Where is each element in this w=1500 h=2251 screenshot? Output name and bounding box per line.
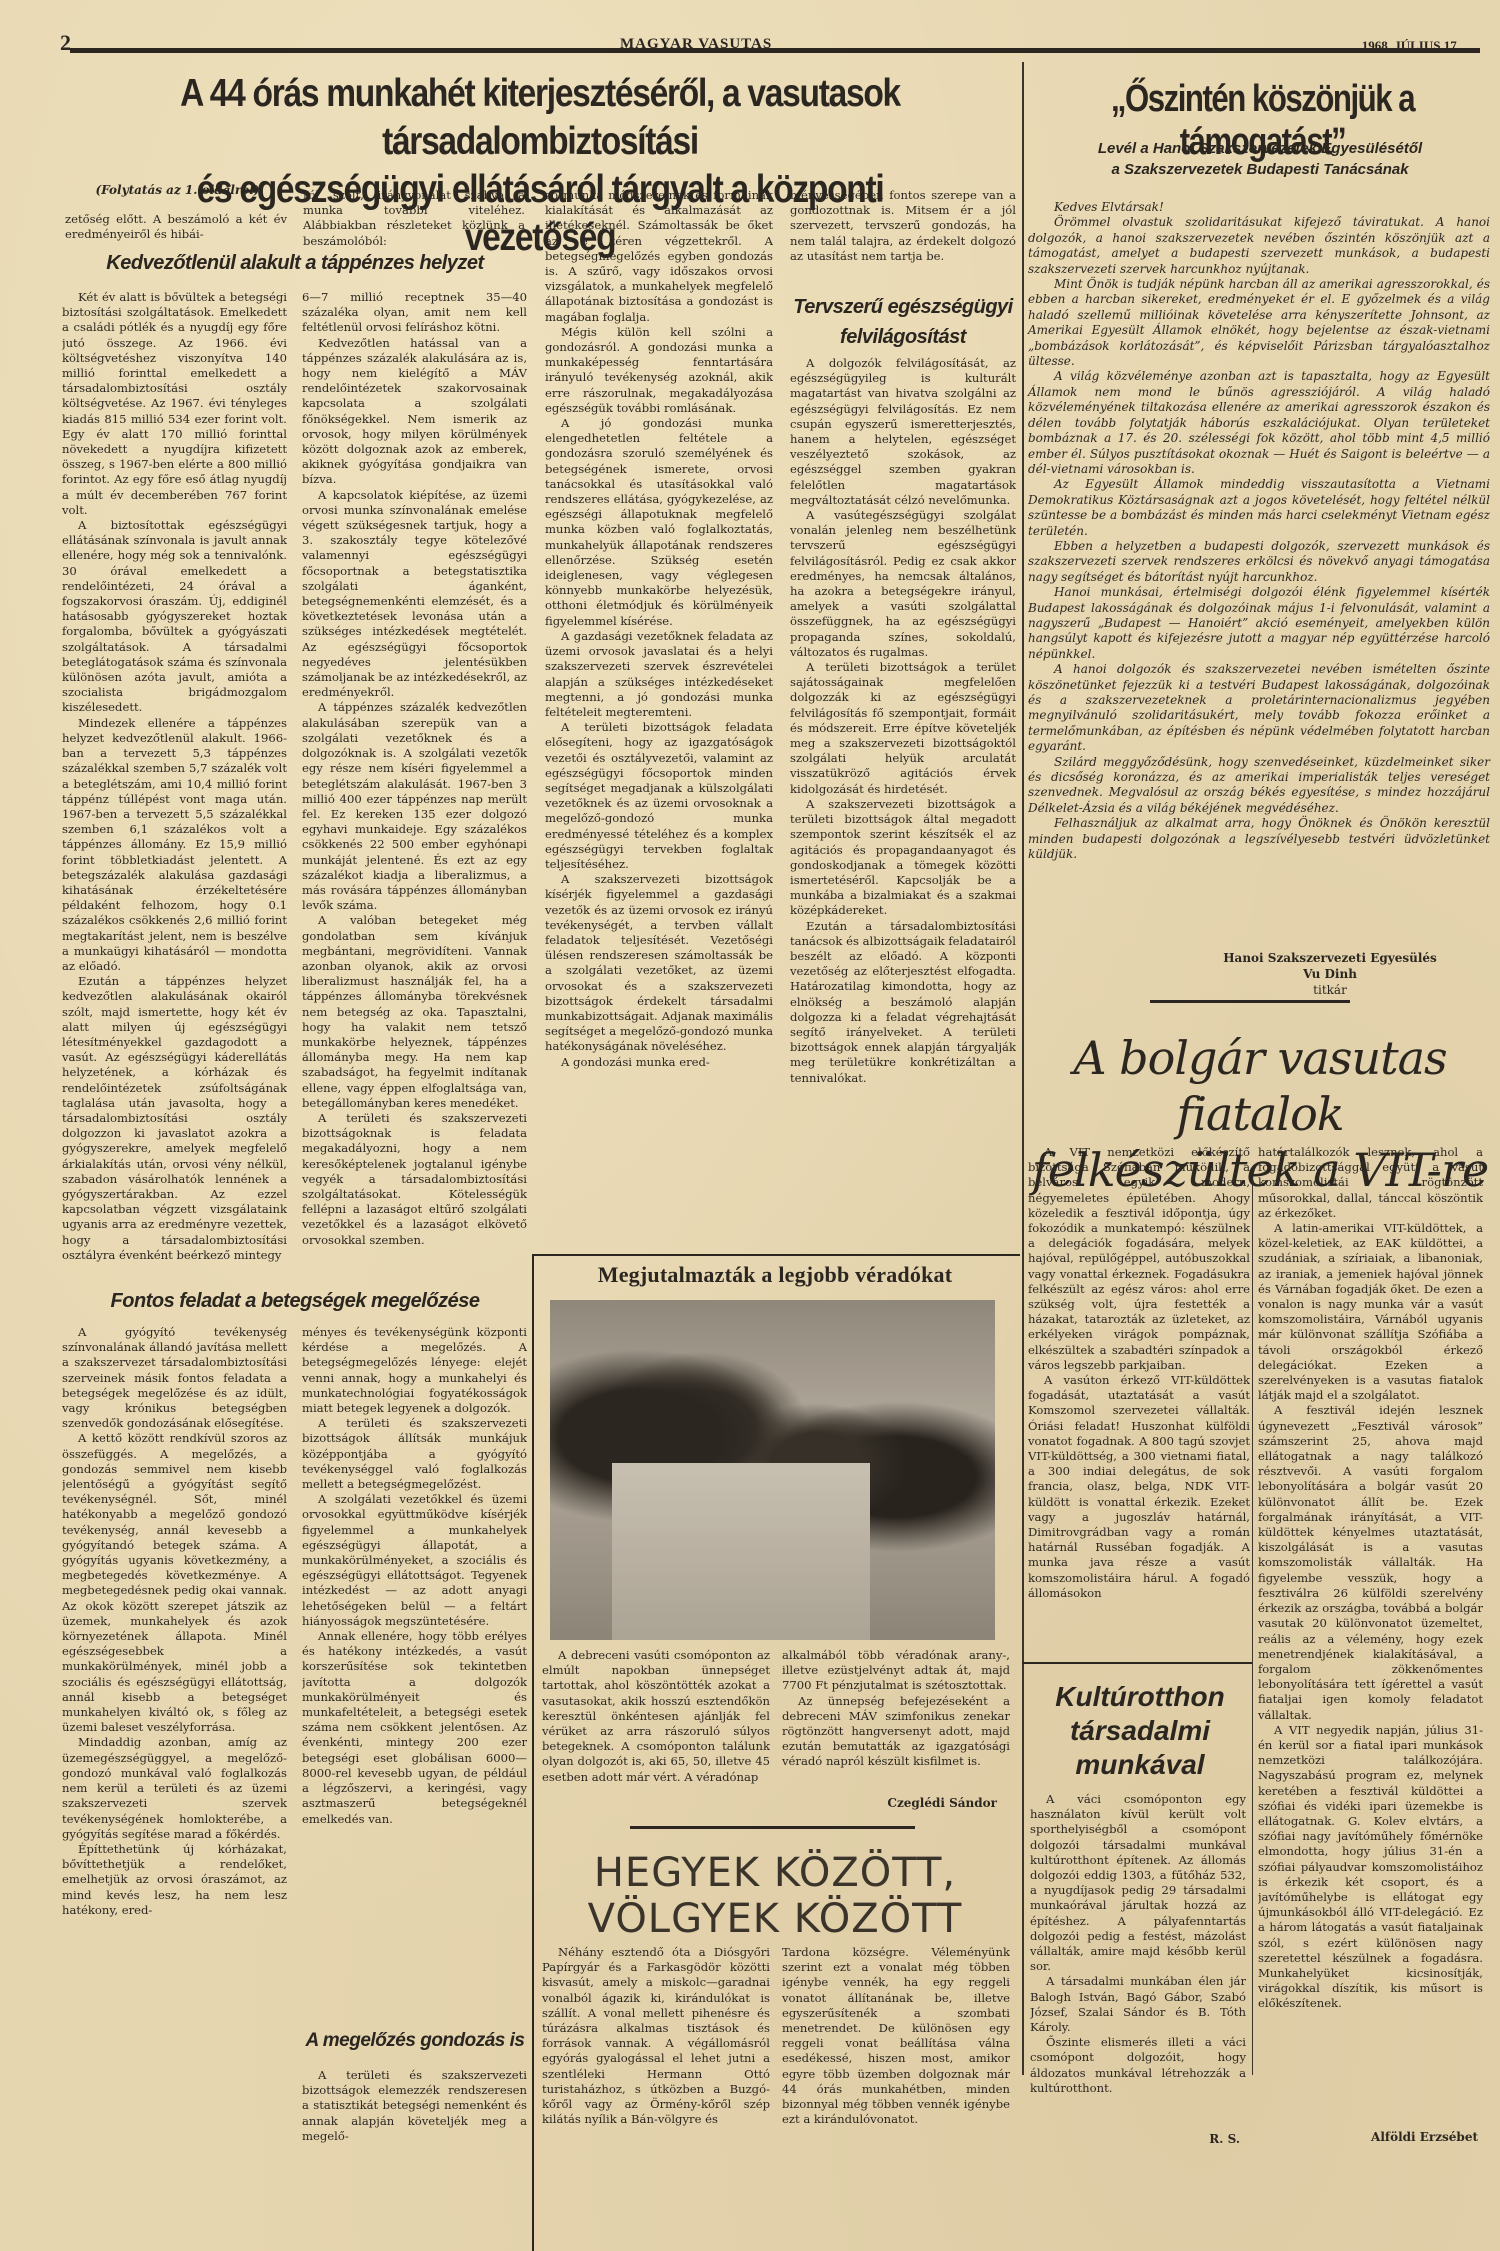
award-ceremony-photo <box>550 1300 995 1640</box>
bolgar-col1: A VIT nemzetközi előkészítő bizottsága S… <box>1028 1145 1250 1650</box>
hegyek-col1: Néhány esztendő óta a Diósgyőri Papírgyá… <box>542 1945 770 2135</box>
paragraph: Felhasználjuk az alkalmat arra, hogy Önö… <box>1028 816 1490 862</box>
paragraph: A területi és szakszervezeti bizottságok… <box>302 2068 527 2144</box>
paragraph: A területi és szakszervezeti bizottságok… <box>302 1111 527 1248</box>
paragraph: A dolgozók felvilágosítását, az egészség… <box>790 356 1016 508</box>
paragraph: A latin-amerikai VIT-küldöttek, a közel-… <box>1258 1221 1483 1403</box>
paragraph: A valóban betegeket még gondolatban sem … <box>302 913 527 1111</box>
paragraph: A szakszervezeti bizottságok kísérjék fi… <box>545 872 773 1054</box>
veradok-byline: Czeglédi Sándor <box>782 1796 997 1810</box>
paragraph: Két év alatt is bővültek a betegségi biz… <box>62 290 287 518</box>
main-col1: Két év alatt is bővültek a betegségi biz… <box>62 290 287 1282</box>
column-divider <box>1252 1175 1253 2075</box>
letter-body: Kedves Elvtársak!Örömmel olvastuk szolid… <box>1028 200 1490 900</box>
paragraph: A hanoi dolgozók és szakszervezetei nevé… <box>1028 662 1490 754</box>
paragraph: ményességében fontos szerepe van a gondo… <box>790 188 1016 264</box>
hegyek-col2: Tardona községre. Véleményünk szerint ez… <box>782 1945 1010 2135</box>
paragraph: A társadalmi munkában élen jár Balogh Is… <box>1030 1974 1246 2035</box>
intro-col1: zetőség előtt. A beszámoló a két év ered… <box>65 212 287 242</box>
main-col2-bottom: ményes és tevékenységünk központi kérdés… <box>302 1325 527 2025</box>
intro-col2: ról szólt, irányvonalat szabva a munka t… <box>303 188 525 249</box>
veradok-col1: A debreceni vasúti csomóponton az elmúlt… <box>542 1648 770 1788</box>
paragraph: A VIT nemzetközi előkészítő bizottsága S… <box>1028 1145 1250 1373</box>
paragraph: 6—7 millió receptnek 35—40 százaléka oly… <box>302 290 527 336</box>
paragraph: A területi és szakszervezeti bizottságok… <box>302 1416 527 1492</box>
kultur-body: A váci csomóponton egy használaton kívül… <box>1030 1792 1246 2132</box>
paragraph: alkalmából több véradónak arany-, illetv… <box>782 1648 1010 1694</box>
paragraph: A világ közvéleménye azonban azt is tapa… <box>1028 369 1490 477</box>
column-divider <box>1022 1455 1024 2075</box>
paragraph: Az ünnepség befejezéseként a debreceni M… <box>782 1694 1010 1770</box>
paragraph: A területi bizottságok feladata elősegít… <box>545 720 773 872</box>
photo-table <box>612 1463 870 1640</box>
letter-signature: Hanoi Szakszervezeti Egyesülés Vu Dinh t… <box>1180 950 1480 998</box>
paragraph: Az Egyesült Államok mindeddig visszautas… <box>1028 477 1490 539</box>
paragraph: Mindaddig azonban, amíg az üzemegészségü… <box>62 1735 287 1841</box>
subhead-megelozes-gondozas: A megelőzés gondozás is <box>300 2030 530 2052</box>
paragraph: Ebben a helyzetben a budapesti dolgozók,… <box>1028 539 1490 585</box>
paragraph: A gyógyító tevékenység színvonalának áll… <box>62 1325 287 1431</box>
paragraph: Mindezek ellenére a táppénzes helyzet ke… <box>62 716 287 974</box>
hegyek-headline: HEGYEK KÖZÖTT, VÖLGYEK KÖZÖTT <box>540 1850 1010 1942</box>
paragraph: ményes és tevékenységünk központi kérdés… <box>302 1325 527 1416</box>
paragraph: határtalálkozók lesznek, ahol a fogadóbi… <box>1258 1145 1483 1221</box>
paragraph: A jó gondozási munka elengedhetetlen fel… <box>545 416 773 629</box>
continuation-note: (Folytatás az 1. oldalról) <box>70 183 285 197</box>
paragraph: Örömmel olvastuk szolidaritásukat kifeje… <box>1028 215 1490 277</box>
section-rule <box>1150 1000 1350 1003</box>
paragraph: A biztosítottak egészségügyi ellátásának… <box>62 518 287 716</box>
kultur-box-top <box>1022 1662 1252 1664</box>
paragraph: Őszinte elismerés illeti a váci csomópon… <box>1030 2035 1246 2096</box>
subhead-megelozes: Fontos feladat a betegségek megelőzése <box>60 1290 530 1313</box>
paragraph: A vasúton érkező VIT-küldöttek fogadását… <box>1028 1373 1250 1601</box>
paragraph: Szilárd meggyőződésünk, hogy szenvedései… <box>1028 755 1490 817</box>
main-col3: ző munka módszereinek és formáinak kiala… <box>545 188 773 1253</box>
paragraph: Hanoi munkásai, értelmiségi dolgozói élé… <box>1028 585 1490 662</box>
subhead-tervszeru: Tervszerű egészségügyi felvilágosítást <box>790 292 1016 352</box>
paragraph: A gazdasági vezetőknek feladata az üzemi… <box>545 629 773 720</box>
paragraph: A gondozási munka ered- <box>545 1055 773 1070</box>
subhead-tappenzes: Kedvezőtlenül alakult a táppénzes helyze… <box>60 252 530 275</box>
letter-subhead: Levél a Hanoi Szakszervezetek Egyesülésé… <box>1040 138 1480 180</box>
paragraph: A VIT negyedik napján, július 31-én kerü… <box>1258 1723 1483 2012</box>
paragraph: Mégis külön kell szólni a gondozásról. A… <box>545 325 773 416</box>
paragraph: A szolgálati vezetőkkel és üzemi orvosok… <box>302 1492 527 1629</box>
paragraph: A kettő között rendkívül szoros az össze… <box>62 1431 287 1735</box>
paragraph: Mint Önök is tudják népünk harcban áll a… <box>1028 277 1490 369</box>
paragraph: Építtethetünk új kórházakat, bővíttethet… <box>62 1842 287 1918</box>
main-col1-bottom: A gyógyító tevékenység színvonalának áll… <box>62 1325 287 2205</box>
paragraph: Ezután a társadalombiztosítási tanácsok … <box>790 919 1016 1086</box>
bolgar-byline: Alföldi Erzsébet <box>1258 2130 1478 2144</box>
paragraph: A szakszervezeti bizottságok a területi … <box>790 797 1016 919</box>
paragraph: ző munka módszereinek és formáinak kiala… <box>545 188 773 325</box>
main-col4: A dolgozók felvilágosítását, az egészség… <box>790 356 1016 1251</box>
main-col2: 6—7 millió receptnek 35—40 százaléka oly… <box>302 290 527 1282</box>
paragraph: Kedves Elvtársak! <box>1028 200 1490 215</box>
veradok-col2: alkalmából több véradónak arany-, illetv… <box>782 1648 1010 1788</box>
veradok-headline: Megjutalmazták a legjobb véradókat <box>540 1262 1010 1288</box>
paragraph: A táppénzes százalék kedvezőtlen alakulá… <box>302 700 527 913</box>
paragraph: A fesztivál idején lesznek úgynevezett „… <box>1258 1403 1483 1722</box>
bolgar-col2: határtalálkozók lesznek, ahol a fogadóbi… <box>1258 1145 1483 2130</box>
section-rule <box>630 1826 915 1829</box>
paragraph: A területi bizottságok a terület sajátos… <box>790 660 1016 797</box>
column-divider <box>1022 62 1024 1457</box>
paragraph: A vasútegészségügyi szolgálat vonalán je… <box>790 508 1016 660</box>
masthead-rule <box>70 48 1480 53</box>
paragraph: A váci csomóponton egy használaton kívül… <box>1030 1792 1246 1974</box>
kultur-headline: Kultúrotthon társadalmi munkával <box>1030 1680 1250 1782</box>
paragraph: Annak ellenére, hogy több erélyes és hat… <box>302 1629 527 1827</box>
main-headline-line1: A 44 órás munkahét kiterjesztéséről, a v… <box>127 70 953 166</box>
paragraph: Ezután a táppénzes helyzet kedvezőtlen a… <box>62 974 287 1263</box>
main-col2-end: A területi és szakszervezeti bizottságok… <box>302 2068 527 2148</box>
kultur-byline: R. S. <box>1030 2132 1240 2146</box>
main-col4-intro: ményességében fontos szerepe van a gondo… <box>790 188 1016 288</box>
paragraph: A kapcsolatok kiépítése, az üzemi orvosi… <box>302 488 527 701</box>
paragraph: Kedvezőtlen hatással van a táppénzes szá… <box>302 336 527 488</box>
